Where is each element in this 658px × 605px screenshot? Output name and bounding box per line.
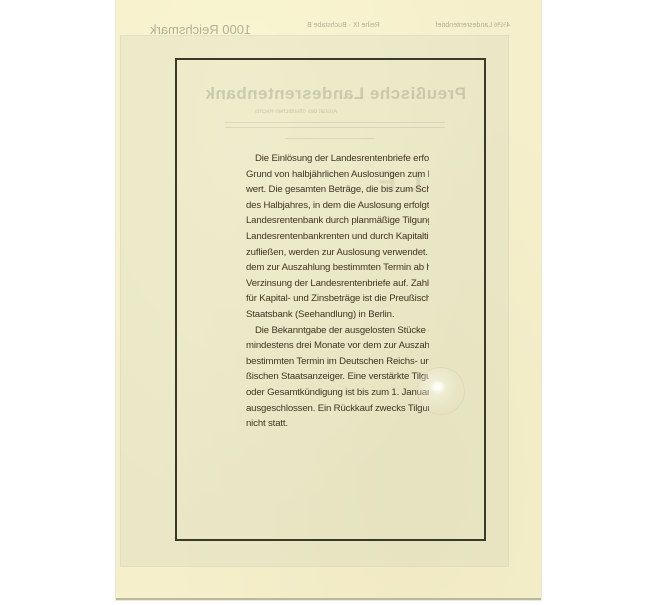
text-line: Die Einlösung der Landesrentenbriefe erf… <box>237 151 429 167</box>
text-line: zufließen, werden zur Auslosung verwende… <box>237 245 429 261</box>
bleed-header-left: 4½% Landesrentenbrief <box>436 22 510 36</box>
bleed-through-header: 4½% Landesrentenbrief Reihe IX · Buchsta… <box>150 22 510 36</box>
redemption-terms-text: Die Einlösung der Landesrentenbriefe erf… <box>237 151 429 432</box>
bleed-header-denomination: 1000 Reichsmark <box>150 22 251 36</box>
text-line: wert. Die gesamten Beträge, die bis zum … <box>237 182 429 198</box>
bleed-header-series: Reihe IX · Buchstabe B <box>307 22 380 36</box>
text-line: Die Bekanntgabe der ausgelosten Stücke e… <box>237 323 429 339</box>
text-line: ßischen Staatsanzeiger. Eine verstärkte … <box>237 369 429 385</box>
text-line: bestimmten Termin im Deutschen Reichs- u… <box>237 354 429 370</box>
text-line: ausgeschlossen. Ein Rückkauf zwecks Tilg… <box>237 401 429 417</box>
text-line: des Halbjahres, in dem die Auslosung erf… <box>237 198 429 214</box>
seal-highlight <box>432 382 444 392</box>
text-line: nicht statt. <box>237 416 429 432</box>
embossed-seal-icon <box>417 367 465 415</box>
paper-edge <box>116 598 541 600</box>
text-line: dem zur Auszahlung bestimmten Termin ab … <box>237 260 429 276</box>
text-line: mindestens drei Monate vor dem zur Ausza… <box>237 338 429 354</box>
text-line: Verzinsung der Landesrentenbriefe auf. Z… <box>237 276 429 292</box>
text-line: oder Gesamtkündigung ist bis zum 1. Janu… <box>237 385 429 401</box>
text-line: Landesrentenbankrenten und durch Kapital… <box>237 229 429 245</box>
text-line: Landesrentenbank durch planmäßige Tilgun… <box>237 213 429 229</box>
paragraph-announcement: Die Bekanntgabe der ausgelosten Stücke e… <box>237 323 429 432</box>
text-line: Staatsbank (Seehandlung) in Berlin. <box>237 307 429 323</box>
text-line: Grund von halbjährlichen Auslosungen zum… <box>237 167 429 183</box>
paragraph-redemption: Die Einlösung der Landesrentenbriefe erf… <box>237 151 429 323</box>
text-line: für Kapital- und Zinsbeträge ist die Pre… <box>237 291 429 307</box>
